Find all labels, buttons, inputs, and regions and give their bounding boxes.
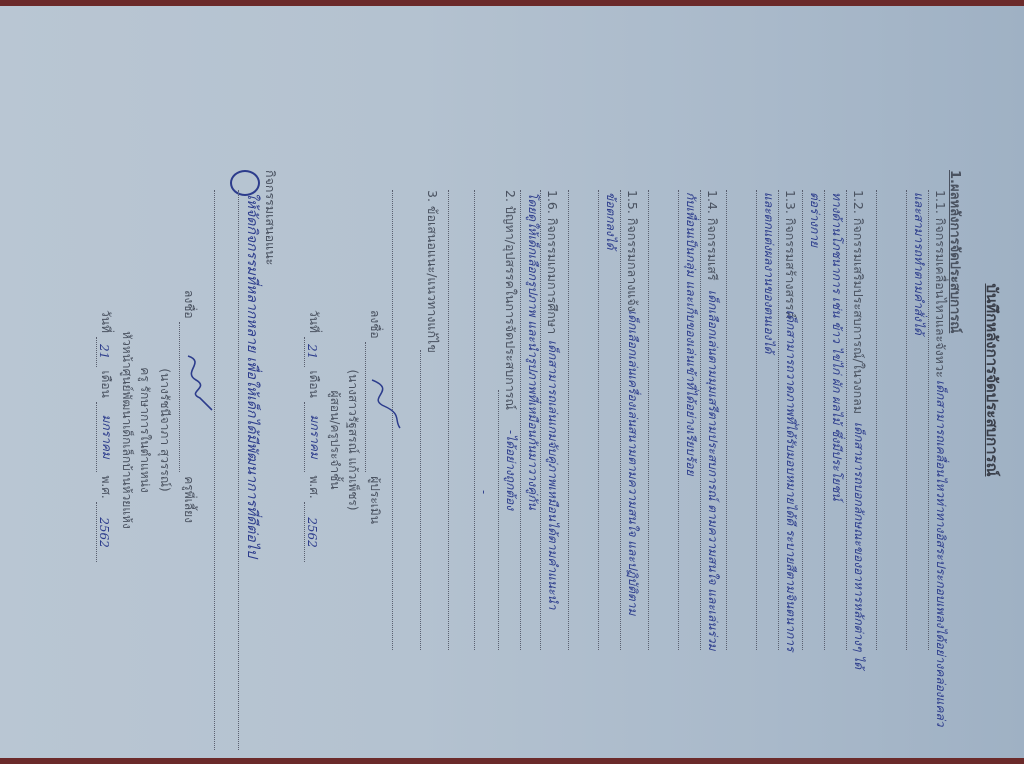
- item-1-4-answer-line-1[interactable]: เด็กเลือกเล่นตามมุมเสรีตามประสบการณ์ ตาม…: [703, 290, 722, 651]
- evaluator-position: ผู้สอน/ครูประจำชั้น: [325, 350, 344, 530]
- recommendation-text[interactable]: ให้จัดกิจกรรมที่หลากหลาย เพื่อให้เด็กได้…: [241, 192, 263, 558]
- evaluator-signature-line: ลงชื่อ ผู้ประเมิน: [365, 310, 384, 524]
- item-1-1-continued: และสามารถทำตามคำสั่งได้: [906, 190, 926, 650]
- recommendation-line-1: ให้จัดกิจกรรมที่หลากหลาย เพื่อให้เด็กได้…: [238, 190, 258, 750]
- item-1-2-continued-2: ต่อร่างกาย: [802, 190, 822, 650]
- item-1-3-continued: และตกแต่งผลงานของตนเองได้: [756, 190, 776, 650]
- item-1-6: 1.6. กิจกรรมเกมการศึกษา เด็กสามารถเล่นเก…: [540, 190, 560, 650]
- item-1-5-continued: ข้อตกลงได้: [598, 190, 618, 650]
- item-1-4-answer-line-2[interactable]: กับเพื่อนเป็นกลุ่ม และเก็บของเล่นเข้าที่…: [681, 192, 700, 476]
- item-1-6-answer-line-2[interactable]: โดยดูให้เด็กเลือกรูปภาพ และนำรูปภาพที่เห…: [523, 192, 542, 510]
- item-1-1-answer-line-2[interactable]: และสามารถทำตามคำสั่งได้: [909, 192, 928, 335]
- item-1-6-answer-line-3[interactable]: -ได้อย่างถูกต้อง: [501, 430, 520, 510]
- item-1-5-label: 1.5. กิจกรรมกลางแจ้ง: [622, 190, 642, 312]
- date-day-label: วันที่: [307, 310, 321, 333]
- item-1-3-answer-line-2[interactable]: และตกแต่งผลงานของตนเองได้: [759, 192, 778, 353]
- item-1-1-answer-line-1[interactable]: เด็กสามารถเคลื่อนไหวท่าทางอิสระประกอบเพล…: [931, 380, 950, 727]
- blank-line: [726, 190, 746, 650]
- item-3: 3. ข้อเสนอแนะ/แนวทางแก้ไข: [420, 190, 440, 650]
- item-2: 2. ปัญหา/อุปสรรคในการจัดประสบการณ์ -ได้อ…: [498, 190, 518, 650]
- evaluator-year[interactable]: 2562: [304, 502, 319, 562]
- date-month-label: เดือน: [307, 371, 321, 398]
- signature-scribble-icon: [366, 372, 402, 432]
- item-1-5: 1.5. กิจกรรมกลางแจ้ง เด็กเลือกเล่นเครื่อ…: [620, 190, 640, 650]
- item-1-1: 1.1. กิจกรรมเคลื่อนไหวและจังหวะ เด็กสามา…: [928, 190, 948, 650]
- supervisor-date: วันที่ 21 เดือน มกราคม พ.ศ. 2562: [96, 310, 116, 562]
- supervisor-name: (นางรัชนีจาภา สุวรรณ์): [155, 330, 174, 530]
- blank-line: [568, 190, 588, 650]
- date-year-label: พ.ศ.: [307, 475, 321, 498]
- supervisor-month[interactable]: มกราคม: [96, 402, 116, 472]
- item-2-label: 2. ปัญหา/อุปสรรคในการจัดประสบการณ์: [500, 190, 520, 410]
- signature-scribble-icon: [180, 352, 216, 412]
- evaluator-day[interactable]: 21: [304, 337, 319, 367]
- blank-line: [876, 190, 896, 650]
- evaluator-name: (นางสาวรัฐสรณ์ แก้วเพ็ชร): [343, 340, 362, 540]
- supervisor-signature-field[interactable]: [179, 322, 194, 472]
- supervisor-year[interactable]: 2562: [96, 502, 111, 562]
- supervisor-position-2: หัวหน้าศูนย์พัฒนาเด็กเล็กบ้านห้วยแห้ง: [117, 300, 136, 560]
- supervisor-role: ครูพี่เลี้ยง: [182, 476, 196, 523]
- supervisor-signature-line: ลงชื่อ ครูพี่เลี้ยง: [179, 290, 198, 523]
- item-1-3-answer-line-1[interactable]: เด็กสามารถวาดภาพที่ได้รับมอบหมายได้ดี ระ…: [781, 310, 800, 651]
- blank-line: [214, 190, 234, 750]
- supervisor-position-1: ครู รักษาการในตำแหน่ง: [135, 320, 154, 540]
- item-1-4: 1.4. กิจกรรมเสรี เด็กเลือกเล่นตามมุมเสรี…: [700, 190, 720, 650]
- item-3-label: 3. ข้อเสนอแนะ/แนวทางแก้ไข: [422, 190, 442, 353]
- item-1-2-continued: ทางด้านโภชนาการ เช่น ข้าว ไข่ไก่ ผัก ผลไ…: [824, 190, 844, 650]
- item-1-2-answer-line-1[interactable]: เด็กสามารถบอกลักษณะของอาหารหลักต่างๆ ได้: [849, 422, 868, 669]
- item-1-2-label: 1.2. กิจกรรมเสริมประสบการณ์/ในวงกลม: [848, 190, 868, 414]
- recommendation-heading: กิจกรรมเสนอแนะ: [260, 170, 280, 265]
- evaluator-date: วันที่ 21 เดือน มกราคม พ.ศ. 2562: [304, 310, 324, 562]
- evaluator-sign-label: ลงชื่อ: [368, 310, 382, 339]
- page-title: บันทึกหลังการจัดประสบการณ์: [980, 10, 1004, 750]
- item-1-4-continued: กับเพื่อนเป็นกลุ่ม และเก็บของเล่นเข้าที่…: [678, 190, 698, 650]
- item-1-5-answer-line-1[interactable]: เด็กเลือกเล่นเครื่องเล่นสนามตามความสนใจ …: [623, 310, 642, 615]
- table-edge-bottom: [0, 758, 1024, 764]
- item-1-6-label: 1.6. กิจกรรมเกมการศึกษา: [542, 190, 562, 334]
- item-1-6-continued: โดยดูให้เด็กเลือกรูปภาพ และนำรูปภาพที่เห…: [520, 190, 540, 650]
- date-month-label: เดือน: [99, 371, 113, 398]
- date-day-label: วันที่: [99, 310, 113, 333]
- item-1-1-label: 1.1. กิจกรรมเคลื่อนไหวและจังหวะ: [930, 190, 950, 378]
- item-1-3: 1.3. กิจกรรมสร้างสรรค์ เด็กสามารถวาดภาพท…: [778, 190, 798, 650]
- item-2-continued: -: [474, 190, 494, 650]
- item-1-2: 1.2. กิจกรรมเสริมประสบการณ์/ในวงกลม เด็ก…: [846, 190, 866, 650]
- evaluator-signature-field[interactable]: [365, 342, 380, 472]
- item-1-2-answer-line-3[interactable]: ต่อร่างกาย: [805, 192, 824, 247]
- item-1-6-answer-line-1[interactable]: เด็กสามารถเล่นเกมจับคู่ภาพเหมือนได้ตามคำ…: [543, 340, 562, 609]
- blank-line: [448, 190, 468, 650]
- item-1-5-answer-line-2[interactable]: ข้อตกลงได้: [601, 192, 620, 250]
- item-1-3-label: 1.3. กิจกรรมสร้างสรรค์: [780, 190, 800, 319]
- evaluator-month[interactable]: มกราคม: [304, 402, 324, 472]
- item-1-2-answer-line-2[interactable]: ทางด้านโภชนาการ เช่น ข้าว ไข่ไก่ ผัก ผลไ…: [827, 192, 846, 501]
- blank-line: [648, 190, 668, 650]
- supervisor-sign-label: ลงชื่อ: [182, 290, 196, 319]
- item-2-answer[interactable]: -: [477, 490, 491, 494]
- form-page: บันทึกหลังการจัดประสบการณ์ 1.ผลหลังการจั…: [24, 10, 1024, 750]
- item-1-4-label: 1.4. กิจกรรมเสรี: [702, 190, 722, 281]
- evaluator-role: ผู้ประเมิน: [368, 476, 382, 524]
- date-year-label: พ.ศ.: [99, 475, 113, 498]
- supervisor-day[interactable]: 21: [96, 337, 111, 367]
